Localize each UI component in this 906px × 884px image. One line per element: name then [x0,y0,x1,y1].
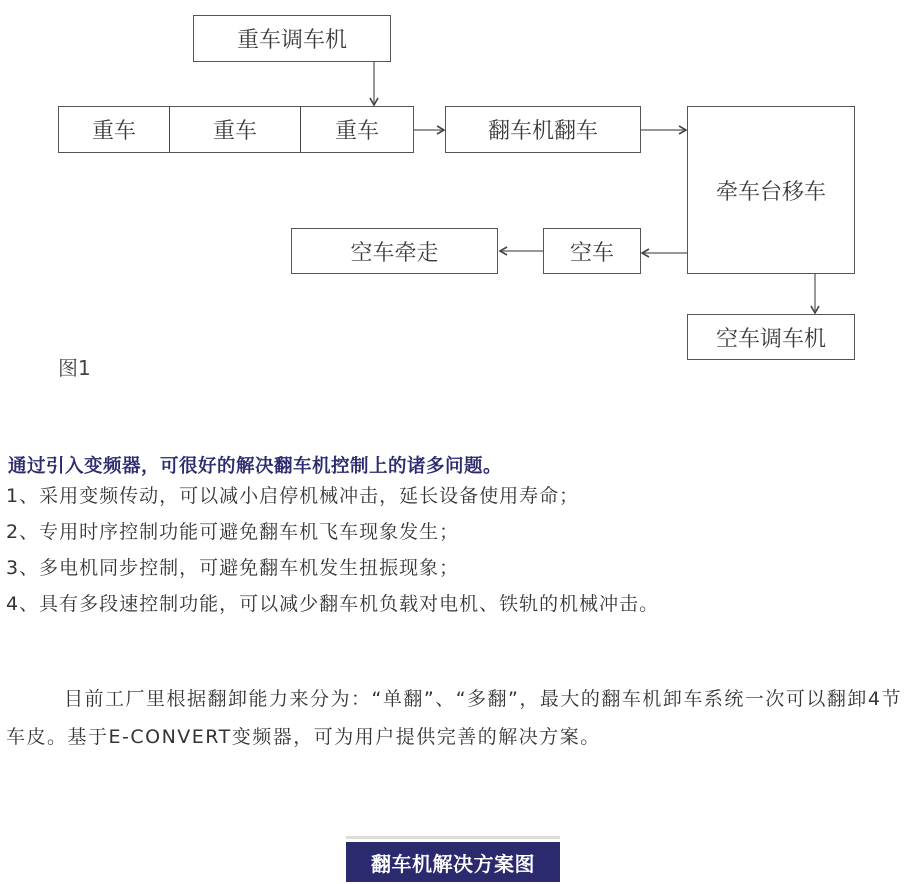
node-heavy-car-shunter: 重车调车机 [193,15,391,62]
body-paragraph: 目前工厂里根据翻卸能力来分为：“单翻”、“多翻”，最大的翻车机卸车系统一次可以翻… [6,680,902,756]
benefit-list: 1、采用变频传动，可以减小启停机械冲击，延长设备使用寿命； 2、专用时序控制功能… [6,478,659,622]
caption-divider [346,836,560,839]
node-traverser: 牵车台移车 [687,106,855,274]
node-heavy-car-3: 重车 [301,107,413,152]
node-label: 重车 [92,114,136,145]
node-label: 空车 [570,236,614,267]
node-empty-car: 空车 [543,228,641,274]
node-label: 重车调车机 [237,23,347,54]
node-empty-car-shunter: 空车调车机 [687,314,855,360]
node-label: 空车牵走 [350,236,438,267]
node-empty-car-pull: 空车牵走 [291,228,498,274]
node-tippler-dump: 翻车机翻车 [445,106,641,153]
node-heavy-car-1: 重车 [59,107,170,152]
headline: 通过引入变频器，可很好的解决翻车机控制上的诸多问题。 [8,452,502,478]
list-item: 2、专用时序控制功能可避免翻车机飞车现象发生； [6,514,659,550]
list-item: 1、采用变频传动，可以减小启停机械冲击，延长设备使用寿命； [6,478,659,514]
figure-label: 图1 [58,352,91,381]
node-heavy-car-2: 重车 [170,107,301,152]
node-label: 空车调车机 [716,322,826,353]
node-label: 重车 [213,114,257,145]
list-item: 4、具有多段速控制功能，可以减少翻车机负载对电机、铁轨的机械冲击。 [6,586,659,622]
node-label: 重车 [335,114,379,145]
node-label: 牵车台移车 [716,175,826,206]
list-item: 3、多电机同步控制，可避免翻车机发生扭振现象； [6,550,659,586]
flow-diagram: 重车调车机 重车 重车 重车 翻车机翻车 牵车台移车 空车 空车牵走 空车调车机… [0,0,906,400]
node-heavy-car-train: 重车 重车 重车 [58,106,414,153]
node-label: 翻车机翻车 [488,114,598,145]
section-caption: 翻车机解决方案图 [346,842,560,882]
